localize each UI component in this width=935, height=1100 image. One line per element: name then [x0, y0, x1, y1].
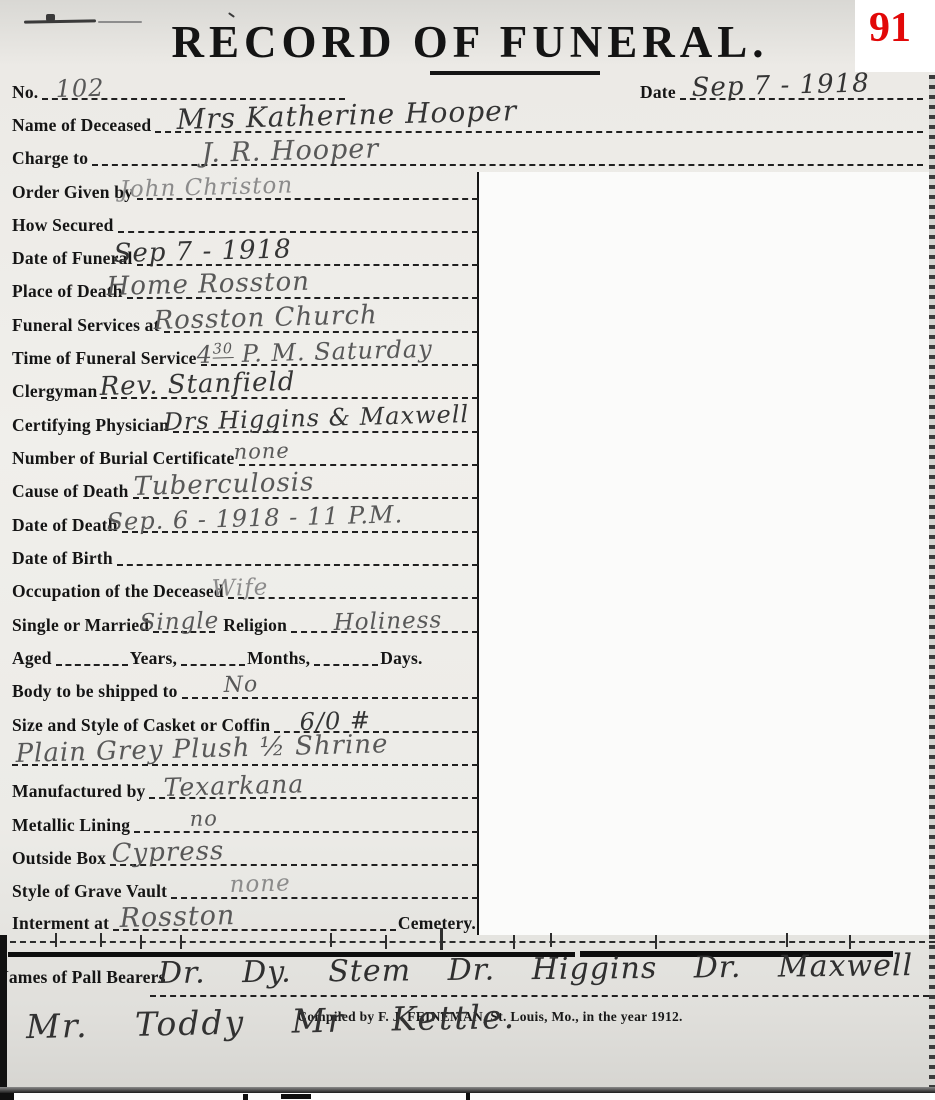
- dotted-line: [56, 663, 128, 666]
- field-date-of-funeral: Date of Funeral Sep 7 - 1918: [12, 240, 480, 270]
- dotted-line: [171, 896, 478, 899]
- field-single-or-married-religion: Single or Married Religion Single Holine…: [12, 607, 480, 637]
- field-date-of-death: Date of Death Sep. 6 - 1918 - 11 P.M.: [12, 507, 480, 537]
- tick-mark: [140, 935, 142, 949]
- field-label: Cause of Death: [12, 481, 133, 503]
- field-pall-bearers: Names of Pall Bearers: [0, 967, 170, 988]
- dotted-line: [118, 230, 478, 233]
- next-page-fragment: [466, 1093, 470, 1100]
- field-label: How Secured: [12, 215, 118, 237]
- field-label: Metallic Lining: [12, 815, 134, 837]
- dotted-line: [314, 663, 378, 666]
- field-style-of-grave-vault: Style of Grave Vault none: [12, 873, 480, 903]
- handwritten-value: Home Rosston: [106, 267, 310, 302]
- tick-mark: [100, 933, 102, 947]
- field-charge-to: Charge to J. R. Hooper: [12, 140, 925, 170]
- field-date: Date Sep 7 - 1918: [640, 74, 925, 104]
- handwritten-value: Cypress: [111, 836, 224, 869]
- handwritten-value: Rosston: [119, 900, 236, 934]
- field-funeral-services-at: Funeral Services at Rosston Church: [12, 307, 480, 337]
- field-number-of-burial-certificate: Number of Burial Certificate none: [12, 440, 480, 470]
- field-label: Date of Death: [12, 515, 122, 537]
- handwritten-value: none: [229, 870, 291, 898]
- field-label: Religion: [217, 615, 291, 637]
- field-label: Order Given by: [12, 182, 137, 204]
- page-number: 91: [855, 0, 935, 52]
- left-edge-bar: [0, 935, 7, 1092]
- handwritten-pall-bearers-line2: Mr. Toddy Mr Kettle.: [26, 997, 517, 1046]
- field-label: Months,: [247, 648, 314, 670]
- field-outside-box: Outside Box Cypress: [12, 840, 480, 870]
- handwritten-value: no: [189, 806, 218, 831]
- field-label: Aged: [12, 648, 56, 670]
- field-certifying-physician: Certifying Physician Drs Higgins & Maxwe…: [12, 407, 480, 437]
- handwritten-value: none: [233, 439, 290, 464]
- field-cause-of-death: Cause of Death Tuberculosis: [12, 473, 480, 503]
- field-label: Funeral Services at: [12, 315, 164, 337]
- tick-mark: [550, 933, 552, 947]
- field-label: Single or Married: [12, 615, 153, 637]
- dotted-line: [150, 995, 929, 997]
- funeral-record-page: RECORD OF FUNERAL. 91 No. 102 Date Sep 7…: [0, 0, 935, 1100]
- field-label: Manufactured by: [12, 781, 149, 803]
- handwritten-value: Holiness: [333, 607, 442, 636]
- page-binding-edge: [929, 75, 935, 1100]
- tick-mark: [385, 935, 387, 949]
- field-occupation: Occupation of the Deceased Wife: [12, 573, 480, 603]
- handwritten-value: Sep 7 - 1918: [691, 68, 870, 103]
- tick-mark: [180, 935, 182, 949]
- field-label: Names of Pall Bearers: [0, 967, 170, 988]
- field-name-of-deceased: Name of Deceased Mrs Katherine Hooper: [12, 107, 925, 137]
- field-manufactured-by: Manufactured by Texarkana: [12, 773, 480, 803]
- tick-mark: [849, 935, 851, 949]
- field-casket-description: Plain Grey Plush ½ Shrine: [12, 740, 480, 770]
- field-label: Body to be shipped to: [12, 681, 182, 703]
- handwritten-value: Sep 7 - 1918: [113, 234, 292, 269]
- field-label: Occupation of the Deceased: [12, 581, 228, 603]
- field-place-of-death: Place of Death Home Rosston: [12, 273, 480, 303]
- handwritten-pall-bearers-line1: Dr. Dy. Stem Dr. Higgins Dr. Maxwell Mr …: [158, 948, 933, 991]
- dotted-line: [181, 663, 245, 666]
- field-label: Certifying Physician: [12, 415, 173, 437]
- next-page-fragment: [0, 1093, 14, 1100]
- tick-mark: [55, 933, 57, 947]
- field-order-given-by: Order Given by John Christon: [12, 174, 480, 204]
- handwritten-value: Texarkana: [163, 769, 304, 802]
- next-page-strip: [0, 1093, 935, 1100]
- time-hour: 4: [196, 341, 213, 369]
- handwritten-value: J. R. Hooper: [201, 133, 379, 169]
- field-label: Years,: [130, 648, 181, 670]
- field-clergyman: Clergyman Rev. Stanfield: [12, 373, 480, 403]
- title-underline: [430, 71, 600, 75]
- dotted-line: [239, 463, 478, 466]
- handwritten-value: Single: [139, 608, 219, 636]
- field-time-of-funeral-service: Time of Funeral Service 430 P. M. Saturd…: [12, 340, 480, 370]
- next-page-fragment: [281, 1094, 311, 1099]
- dotted-line: [134, 830, 478, 833]
- time-meridiem-day: P. M. Saturday: [233, 335, 433, 368]
- page-title: RECORD OF FUNERAL.: [60, 16, 880, 68]
- field-metallic-lining: Metallic Lining no: [12, 807, 480, 837]
- dotted-line: [117, 563, 478, 566]
- time-minutes: 30: [213, 341, 234, 359]
- field-label: Name of Deceased: [12, 115, 155, 137]
- field-label: Date of Birth: [12, 548, 117, 570]
- tick-mark: [330, 933, 332, 947]
- field-date-of-birth: Date of Birth: [12, 540, 480, 570]
- handwritten-value: No: [223, 672, 258, 698]
- field-label: Charge to: [12, 148, 92, 170]
- handwritten-value: 102: [55, 74, 105, 103]
- field-label: Time of Funeral Service: [12, 348, 201, 370]
- handwritten-value: Wife: [211, 575, 268, 602]
- field-how-secured: How Secured: [12, 207, 480, 237]
- blank-right-panel: [477, 172, 931, 935]
- field-label: Date: [640, 82, 680, 104]
- tick-mark: [786, 933, 788, 947]
- tick-mark: [513, 935, 515, 949]
- field-aged: Aged Years, Months, Days.: [12, 640, 464, 670]
- handwritten-value: Rev. Stanfield: [99, 367, 296, 402]
- field-label: Clergyman: [12, 381, 101, 403]
- tick-mark: [440, 928, 443, 950]
- handwritten-value: Tuberculosis: [133, 467, 315, 502]
- field-label: Interment at: [12, 913, 113, 935]
- next-page-fragment: [243, 1094, 248, 1100]
- handwritten-value: Rosston Church: [153, 300, 378, 336]
- field-body-to-be-shipped-to: Body to be shipped to No: [12, 673, 480, 703]
- field-interment-at: Interment at Cemetery. Rosston: [12, 905, 480, 935]
- field-label: Number of Burial Certificate: [12, 448, 239, 470]
- field-label: Style of Grave Vault: [12, 881, 171, 903]
- tick-mark: [655, 935, 657, 949]
- field-label: Outside Box: [12, 848, 110, 870]
- field-label: No.: [12, 82, 42, 104]
- handwritten-value: John Christon: [119, 172, 293, 203]
- field-label: Cemetery.: [398, 913, 480, 935]
- page-number-box: 91: [855, 0, 935, 72]
- field-label: Days.: [380, 648, 426, 670]
